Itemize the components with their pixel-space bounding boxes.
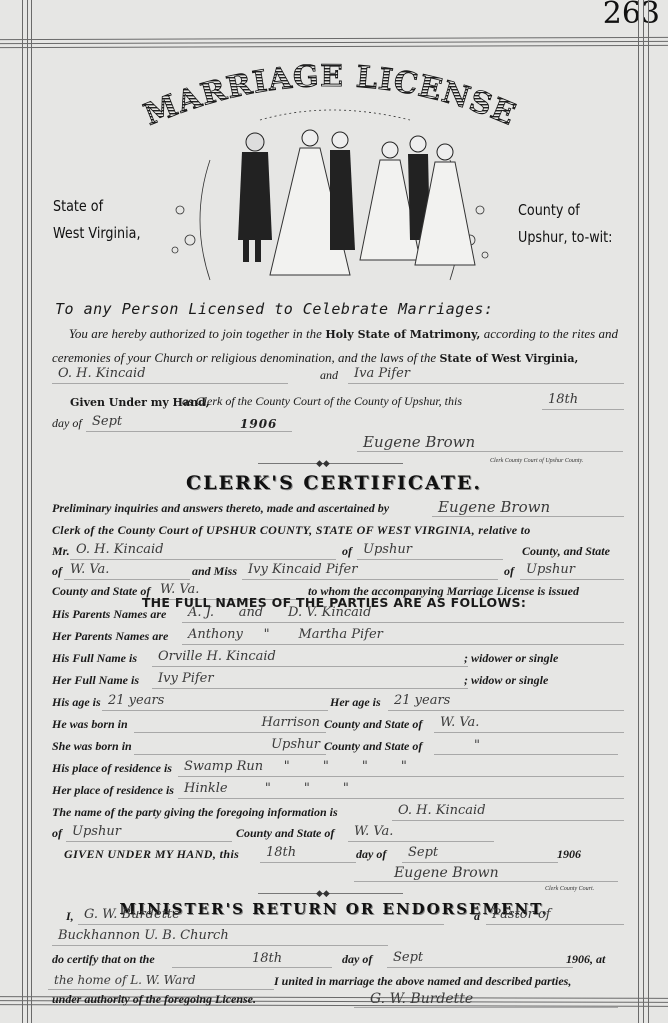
frame-rule <box>643 0 644 1023</box>
his-residence-row: His place of residence is Swamp Run " " … <box>52 757 618 779</box>
ditto-marks: " " " " <box>284 759 407 774</box>
of-label: of <box>52 564 62 579</box>
given-month-field: Sept <box>402 844 558 863</box>
given-row: Given Under my Hand, as Clerk of the Cou… <box>52 390 618 412</box>
his-parents-label: His Parents Names are <box>52 607 166 622</box>
clerk-caption: Clerk County Court. <box>545 886 594 892</box>
given-year: 1906 <box>557 847 581 862</box>
he-born-state-field: W. Va. <box>434 714 624 733</box>
of-label: of <box>504 564 514 579</box>
her-age-field: 21 years <box>388 692 624 711</box>
his-parent-2: D. V. Kincaid <box>288 605 371 620</box>
county-state-of-label: County and State of <box>324 717 422 732</box>
given-year: 1906 <box>240 417 277 431</box>
frame-rule <box>31 0 32 1023</box>
authority-label: under authority of the foregoing License… <box>52 992 256 1007</box>
her-residence-label: Her place of residence is <box>52 783 174 798</box>
frame-rule <box>638 0 639 1023</box>
authority-row: under authority of the foregoing License… <box>52 988 618 1010</box>
informant-label: The name of the party giving the foregoi… <box>52 805 338 820</box>
license-body: You are hereby authorized to join togeth… <box>52 322 618 370</box>
his-parents-field: A. J. and D. V. Kincaid <box>182 604 624 623</box>
prelim-by-field: Eugene Brown <box>432 498 624 517</box>
his-name-row: His Full Name is Orville H. Kincaid ; wi… <box>52 647 618 669</box>
state-line-1: State of <box>53 193 141 220</box>
her-parent-1: Anthony <box>188 627 243 642</box>
his-age-label: His age is <box>52 695 101 710</box>
mr-state-field: W. Va. <box>64 561 190 580</box>
given-day-field: 18th <box>542 391 624 410</box>
county-line-2: Upshur, to-wit: <box>518 224 612 251</box>
frame-rule <box>0 37 668 40</box>
state-line-2: West Virginia, <box>53 220 141 247</box>
her-parents-label: Her Parents Names are <box>52 629 168 644</box>
clerk-signature: Eugene Brown <box>354 864 618 882</box>
frame-rule <box>648 0 649 1023</box>
clerk-signature-row: Eugene Brown <box>52 432 618 454</box>
given-hand-label: GIVEN UNDER MY HAND, this <box>64 847 239 862</box>
informant-row: The name of the party giving the foregoi… <box>52 801 618 823</box>
year-value: 1906 <box>566 952 590 966</box>
he-born-row: He was born in Harrison County and State… <box>52 713 618 735</box>
given-text: as Clerk of the County Court of the Coun… <box>182 394 462 409</box>
of-label: of <box>342 544 352 559</box>
day-of-label: day of <box>356 847 386 862</box>
of-label: of <box>52 826 62 841</box>
miss-name-field: Ivy Kincaid Pifer <box>242 561 498 580</box>
his-name-label: His Full Name is <box>52 651 137 666</box>
her-residence-row: Her place of residence is Hinkle " " " <box>52 779 618 801</box>
frame-rule <box>0 41 668 44</box>
given-date-row: day of Sept 1906 <box>52 412 618 434</box>
his-name-field: Orville H. Kincaid <box>152 648 468 667</box>
clerk-signature: Eugene Brown <box>357 433 623 452</box>
united-label: I united in marriage the above named and… <box>274 974 571 989</box>
holy-state-text: Holy State of Matrimony, <box>325 328 480 341</box>
his-parents-and: and <box>239 605 263 620</box>
divider <box>258 893 403 894</box>
county-state-label: County, and State <box>522 544 610 559</box>
given-day-field: 18th <box>260 844 356 863</box>
informant-state-field: W. Va. <box>348 823 494 842</box>
frame-rule <box>0 45 668 48</box>
wedding-illustration-icon <box>150 100 510 290</box>
day-of-label: day of <box>342 952 372 967</box>
his-parents-row: His Parents Names are A. J. and D. V. Ki… <box>52 603 618 625</box>
frame-rule <box>22 0 23 1023</box>
prelim-row: Preliminary inquiries and answers theret… <box>52 497 618 519</box>
she-born-row: She was born in Upshur County and State … <box>52 735 618 757</box>
minister-signature: G. W. Burdette <box>354 990 618 1008</box>
her-status-label: ; widow or single <box>464 673 548 688</box>
i-label: I, <box>66 909 74 924</box>
frame-rule <box>27 0 28 1023</box>
county-state-of-label: County and State of <box>324 739 422 754</box>
mr-label: Mr. <box>52 544 70 559</box>
mr-name-field: O. H. Kincaid <box>70 541 336 560</box>
and-label: and <box>320 368 338 383</box>
certify-label: do certify that on the <box>52 952 155 967</box>
county-state-of-label: County and State of <box>236 826 334 841</box>
his-residence-field: Swamp Run " " " " <box>178 758 624 777</box>
clerk-line: Clerk of the County Court of UPSHUR COUN… <box>52 523 531 538</box>
prelim-label: Preliminary inquiries and answers theret… <box>52 501 389 516</box>
clerk-certificate-title: CLERK'S CERTIFICATE. <box>0 472 668 494</box>
her-name-label: Her Full Name is <box>52 673 139 688</box>
county-label: County of Upshur, to-wit: <box>518 197 612 251</box>
her-residence-field: Hinkle " " " <box>178 780 624 799</box>
body-text: You are hereby authorized to join togeth… <box>69 326 322 341</box>
minister-name-field: G. W. Burdette <box>78 906 444 925</box>
she-born-county-field: Upshur <box>134 736 326 755</box>
he-born-county-field: Harrison <box>134 714 326 733</box>
her-name-field: Ivy Pifer <box>152 670 468 689</box>
her-parents-row: Her Parents Names are Anthony " Martha P… <box>52 625 618 647</box>
her-age-label: Her age is <box>330 695 381 710</box>
miss-county-field: Upshur <box>520 561 624 580</box>
divider <box>258 463 403 464</box>
mr-county-field: Upshur <box>357 541 503 560</box>
a-label: a <box>474 909 480 924</box>
groom-name-field: O. H. Kincaid <box>52 365 288 384</box>
divider-ornament-icon: ◆◆ <box>316 889 330 898</box>
marriage-year: 1906, at <box>566 952 605 967</box>
he-born-label: He was born in <box>52 717 128 732</box>
minister-title-field: Pastor of <box>486 906 624 925</box>
marriage-month-field: Sept <box>387 949 573 968</box>
clerk-sign-row: Eugene Brown <box>52 862 618 884</box>
age-row: His age is 21 years Her age is 21 years <box>52 691 618 713</box>
informant-county-field: Upshur <box>66 823 232 842</box>
church-field: Buckhannon U. B. Church <box>52 927 388 946</box>
bride-name-field: Iva Pifer <box>348 365 624 384</box>
his-age-field: 21 years <box>102 692 328 711</box>
her-residence-value: Hinkle <box>184 781 228 796</box>
her-parent-2: Martha Pifer <box>299 627 383 642</box>
miss-label: and Miss <box>192 564 237 579</box>
her-name-row: Her Full Name is Ivy Pifer ; widow or si… <box>52 669 618 691</box>
ditto-marks: " " " <box>265 781 349 796</box>
her-parents-and: " <box>264 627 270 642</box>
his-residence-label: His place of residence is <box>52 761 172 776</box>
divider-ornament-icon: ◆◆ <box>316 459 330 468</box>
his-residence-value: Swamp Run <box>184 759 263 774</box>
marriage-day-field: 18th <box>172 950 332 968</box>
state-label: State of West Virginia, <box>53 193 141 247</box>
clerk-line-row: Clerk of the County Court of UPSHUR COUN… <box>52 519 618 541</box>
she-born-state-field: " <box>434 737 618 755</box>
informant-county-row: of Upshur County and State of W. Va. <box>52 822 618 844</box>
mr-row: Mr. O. H. Kincaid of Upshur County, and … <box>52 540 618 562</box>
county-line-1: County of <box>518 197 612 224</box>
informant-field: O. H. Kincaid <box>392 802 624 821</box>
clerk-caption: Clerk County Court of Upshur County. <box>490 458 583 464</box>
at-label: , at <box>590 952 605 966</box>
salutation: To any Person Licensed to Celebrate Marr… <box>55 300 493 318</box>
parties-row: O. H. Kincaid and Iva Pifer <box>52 364 618 386</box>
day-of-label: day of <box>52 416 82 431</box>
her-parents-field: Anthony " Martha Pifer <box>182 626 624 645</box>
his-parent-1: A. J. <box>188 605 214 620</box>
church-row: Buckhannon U. B. Church <box>52 926 618 948</box>
his-status-label: ; widower or single <box>464 651 558 666</box>
she-born-label: She was born in <box>52 739 132 754</box>
certify-row: do certify that on the 18th day of Sept … <box>52 948 618 970</box>
miss-row: of W. Va. and Miss Ivy Kincaid Pifer of … <box>52 560 618 582</box>
minister-row: I, G. W. Burdette a Pastor of <box>52 905 618 927</box>
page-number: 263 <box>603 0 660 31</box>
